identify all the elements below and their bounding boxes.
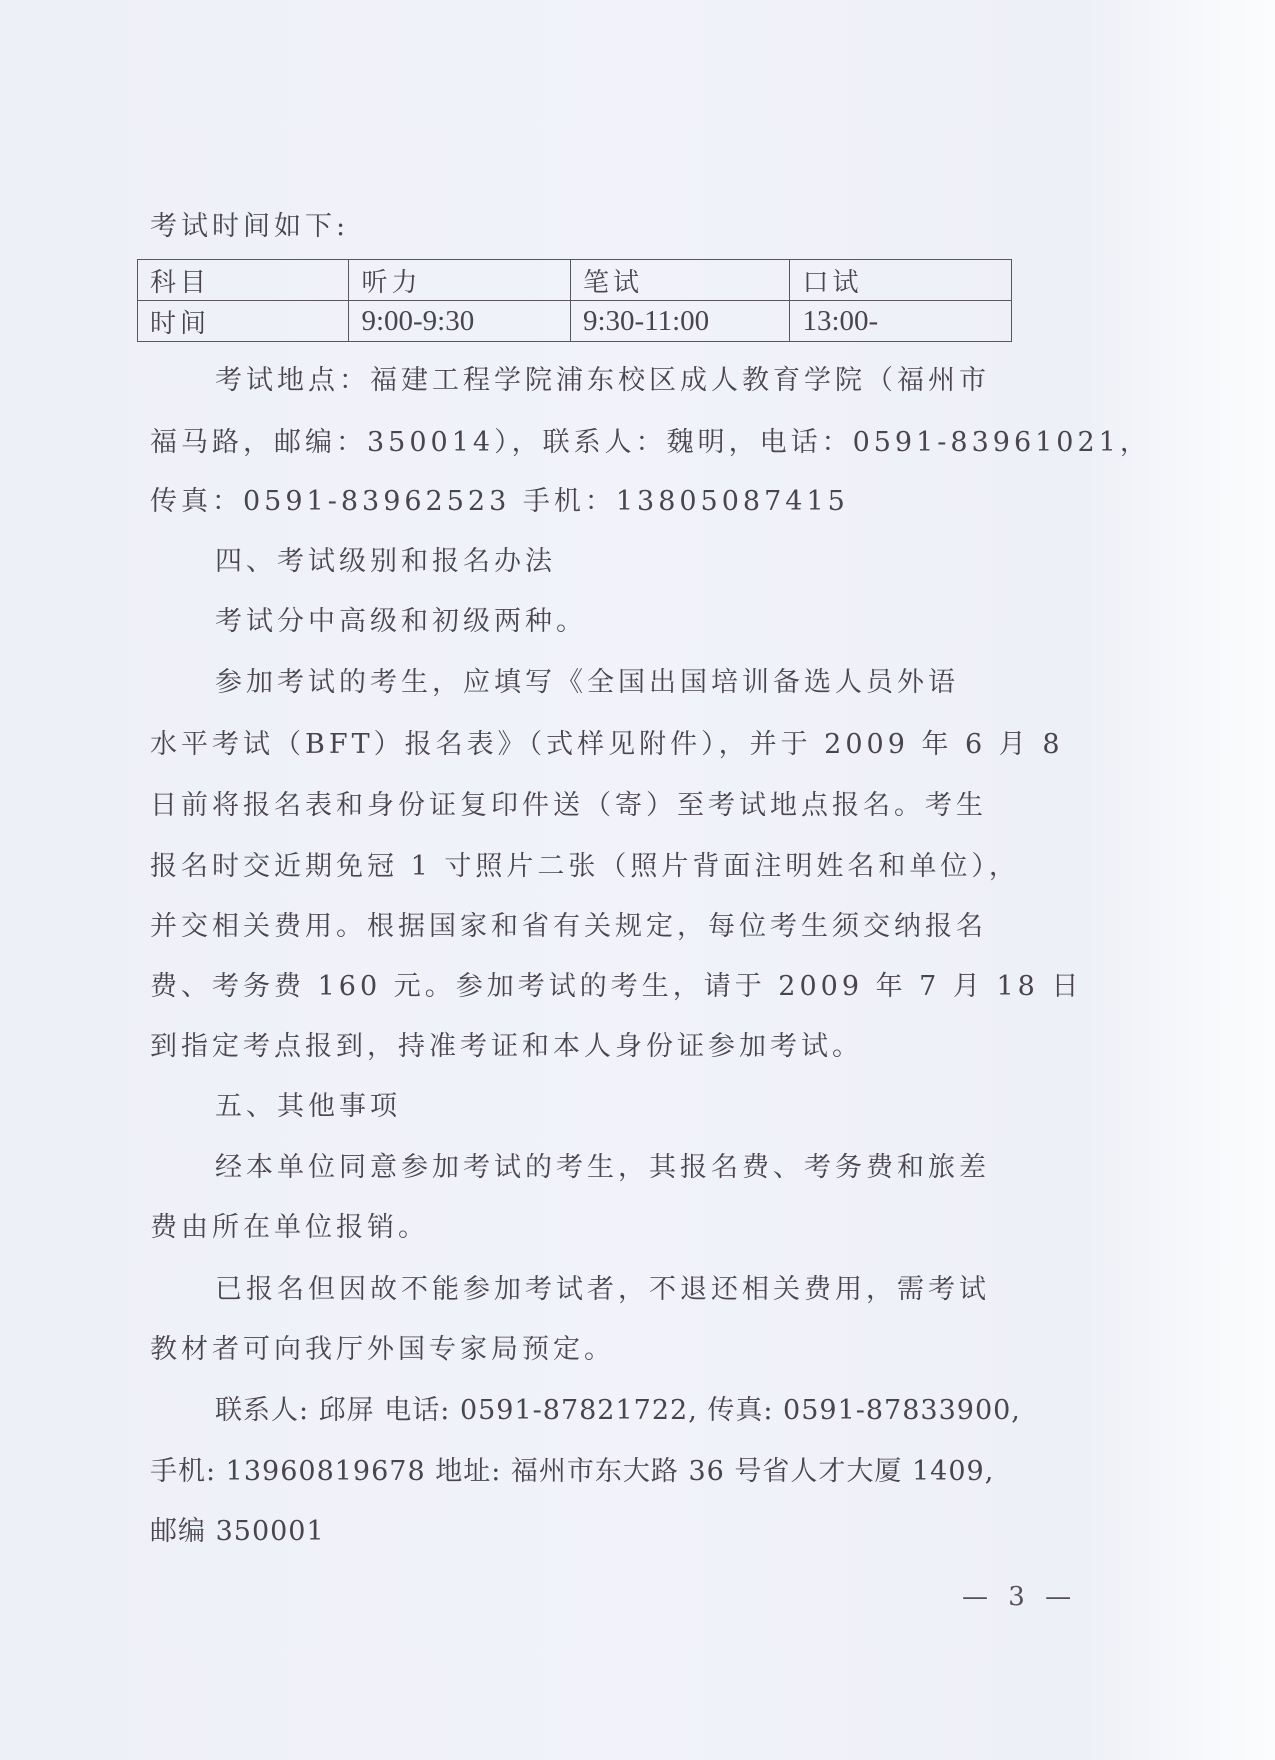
header-oral: 口试 [790, 260, 1012, 301]
section-4-paragraph-line: 水平考试（BFT）报名表》（式样见附件），并于 2009 年 6 月 8 [150, 725, 1064, 765]
table-header-row: 科目 听力 笔试 口试 [138, 260, 1012, 301]
table-row: 时间 9:00-9:30 9:30-11:00 13:00- [138, 301, 1012, 342]
row-label-time: 时间 [138, 301, 349, 342]
written-time: 9:30-11:00 [570, 301, 790, 342]
header-listening: 听力 [349, 260, 571, 301]
section-4-paragraph-line: 到指定考点报到，持准考证和本人身份证参加考试。 [150, 1027, 863, 1067]
location-line-1: 考试地点：福建工程学院浦东校区成人教育学院（福州市 [215, 361, 990, 401]
section-4-paragraph-line: 日前将报名表和身份证复印件送（寄）至考试地点报名。考生 [150, 786, 987, 826]
contact-line-3: 邮编 350001 [150, 1512, 325, 1552]
exam-schedule-table: 科目 听力 笔试 口试 时间 9:00-9:30 9:30-11:00 13:0… [137, 259, 1012, 342]
contact-line-1: 联系人: 邱屏 电话: 0591-87821722, 传真: 0591-8783… [215, 1391, 1021, 1431]
section-4-paragraph-line: 并交相关费用。根据国家和省有关规定，每位考生须交纳报名 [150, 907, 987, 947]
section-5-paragraph-1-line: 经本单位同意参加考试的考生，其报名费、考务费和旅差 [215, 1148, 990, 1188]
section-4-heading: 四、考试级别和报名办法 [215, 542, 556, 582]
section-4-paragraph-line: 参加考试的考生，应填写《全国出国培训备选人员外语 [215, 663, 959, 703]
section-4-paragraph-line: 费、考务费 160 元。参加考试的考生，请于 2009 年 7 月 18 日 [150, 967, 1082, 1007]
contact-line-2: 手机: 13960819678 地址: 福州市东大路 36 号省人才大厦 140… [150, 1452, 994, 1492]
section-5-heading: 五、其他事项 [215, 1087, 401, 1127]
header-written: 笔试 [570, 260, 790, 301]
section-5-paragraph-1-line: 费由所在单位报销。 [150, 1208, 429, 1248]
header-subject: 科目 [138, 260, 349, 301]
schedule-intro: 考试时间如下: [150, 207, 349, 247]
location-line-2: 福马路，邮编：350014），联系人：魏明，电话：0591-83961021， [150, 423, 1151, 463]
section-4-levels: 考试分中高级和初级两种。 [215, 602, 587, 642]
section-4-paragraph-line: 报名时交近期免冠 1 寸照片二张（照片背面注明姓名和单位）， [150, 847, 1020, 887]
section-5-paragraph-2-line: 教材者可向我厅外国专家局预定。 [150, 1330, 615, 1370]
listening-time: 9:00-9:30 [349, 301, 571, 342]
document-page: 考试时间如下: 科目 听力 笔试 口试 时间 9:00-9:30 9:30-11… [0, 0, 1275, 1760]
section-5-paragraph-2-line: 已报名但因故不能参加考试者，不退还相关费用，需考试 [215, 1270, 990, 1310]
oral-time: 13:00- [790, 301, 1012, 342]
page-number: — 3 — [962, 1582, 1077, 1612]
location-line-3: 传真：0591-83962523 手机：13805087415 [150, 482, 849, 522]
